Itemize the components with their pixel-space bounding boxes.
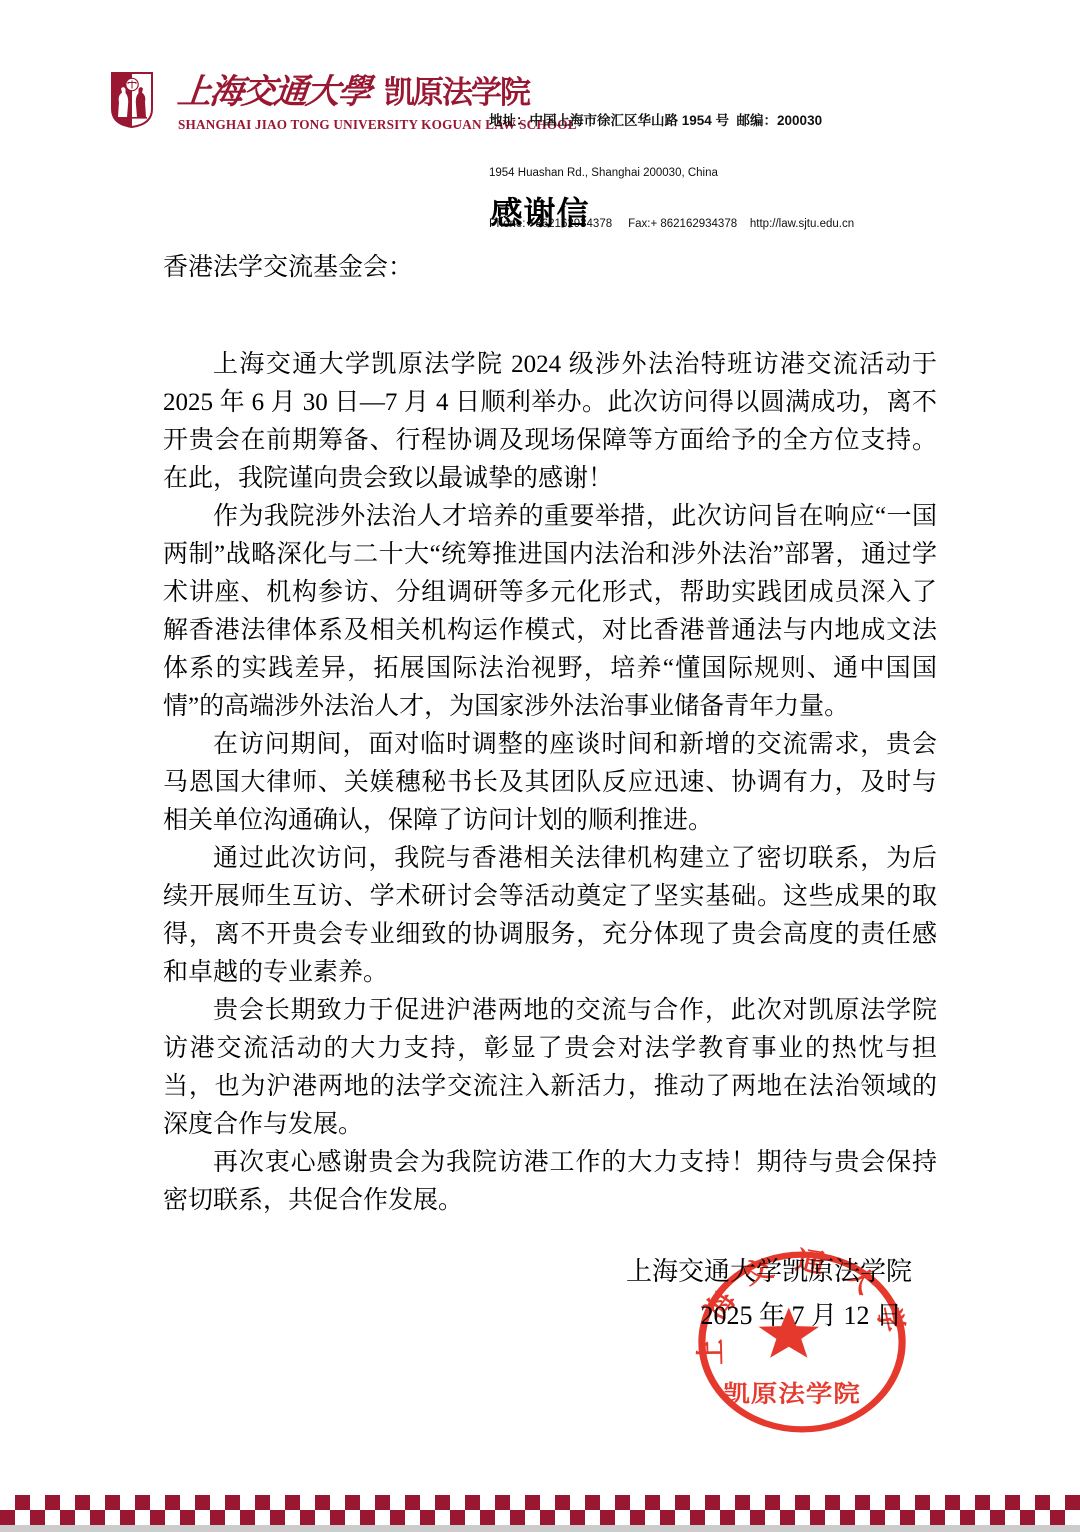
paragraph-6: 再次衷心感谢贵会为我院访港工作的大力支持！期待与贵会保持密切联系，共促合作发展。: [163, 1144, 937, 1220]
paragraph-2: 作为我院涉外法治人才培养的重要举措，此次访问旨在响应“一国两制”战略深化与二十大…: [163, 498, 937, 726]
paragraph-1: 上海交通大学凯原法学院 2024 级涉外法治特班访港交流活动于 2025 年 6…: [163, 346, 937, 498]
signature-block: 上海交通大学凯原法学院 2025 年 7 月 12 日: [163, 1253, 937, 1341]
signature-name: 上海交通大学凯原法学院: [163, 1253, 937, 1291]
header-address-block: 地址：中国上海市徐汇区华山路 1954 号 邮编：200030 1954 Hua…: [489, 76, 854, 268]
address-line-en: 1954 Huashan Rd., Shanghai 200030, China: [489, 166, 854, 181]
salutation: 香港法学交流基金会：: [163, 249, 937, 287]
letter-title: 感谢信: [0, 188, 1080, 234]
footer-checker-border: [0, 1495, 1080, 1525]
letter-body: 香港法学交流基金会： 上海交通大学凯原法学院 2024 级涉外法治特班访港交流活…: [163, 249, 937, 1341]
paragraph-5: 贵会长期致力于促进沪港两地的交流与合作，此次对凯原法学院访港交流活动的大力支持，…: [163, 992, 937, 1144]
school-name-calligraphy: 上海交通大學: [175, 64, 372, 113]
address-line-cn: 地址：中国上海市徐汇区华山路 1954 号 邮编：200030: [489, 112, 854, 129]
signature-date: 2025 年 7 月 12 日: [163, 1291, 937, 1341]
paragraph-3: 在访问期间，面对临时调整的座谈时间和新增的交流需求，贵会马恩国大律师、关媄穗秘书…: [163, 726, 937, 840]
footer-gray-bar: [0, 1525, 1080, 1532]
blank-line: [163, 287, 937, 346]
seal-bottom-text: 凯原法学院: [723, 1380, 860, 1407]
paragraph-4: 通过此次访问，我院与香港相关法律机构建立了密切联系，为后续开展师生互访、学术研讨…: [163, 840, 937, 992]
letter-page: 上海交通大學 凯原法学院 SHANGHAI JIAO TONG UNIVERSI…: [0, 0, 1080, 1532]
school-crest-icon: [110, 71, 154, 129]
